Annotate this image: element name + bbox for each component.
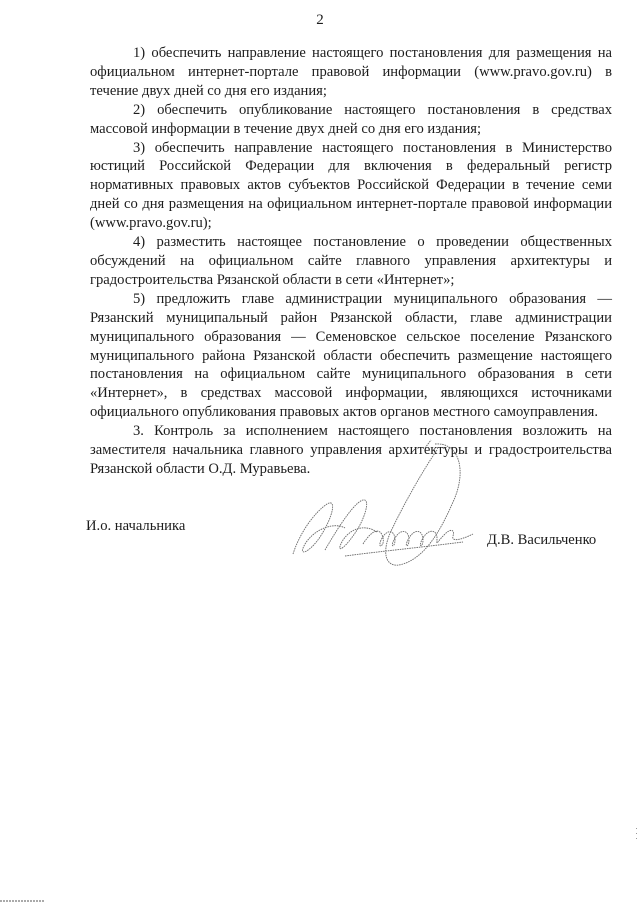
scan-artifact <box>636 828 638 848</box>
document-body: 1) обеспечить направление настоящего пос… <box>90 44 612 479</box>
paragraph-item-2: 2) обеспечить опубликование настоящего п… <box>90 101 612 139</box>
page-number: 2 <box>0 12 640 29</box>
signer-title: И.о. начальника <box>86 518 185 535</box>
signer-name: Д.В. Васильченко <box>487 532 596 549</box>
scan-artifact-bottom <box>0 900 44 902</box>
paragraph-item-5: 5) предложить главе администрации муници… <box>90 290 612 422</box>
paragraph-item-3: 3) обеспечить направление настоящего пос… <box>90 139 612 234</box>
signature-icon <box>285 432 485 572</box>
paragraph-item-4: 4) разместить настоящее постановление о … <box>90 233 612 290</box>
paragraph-item-1: 1) обеспечить направление настоящего пос… <box>90 44 612 101</box>
